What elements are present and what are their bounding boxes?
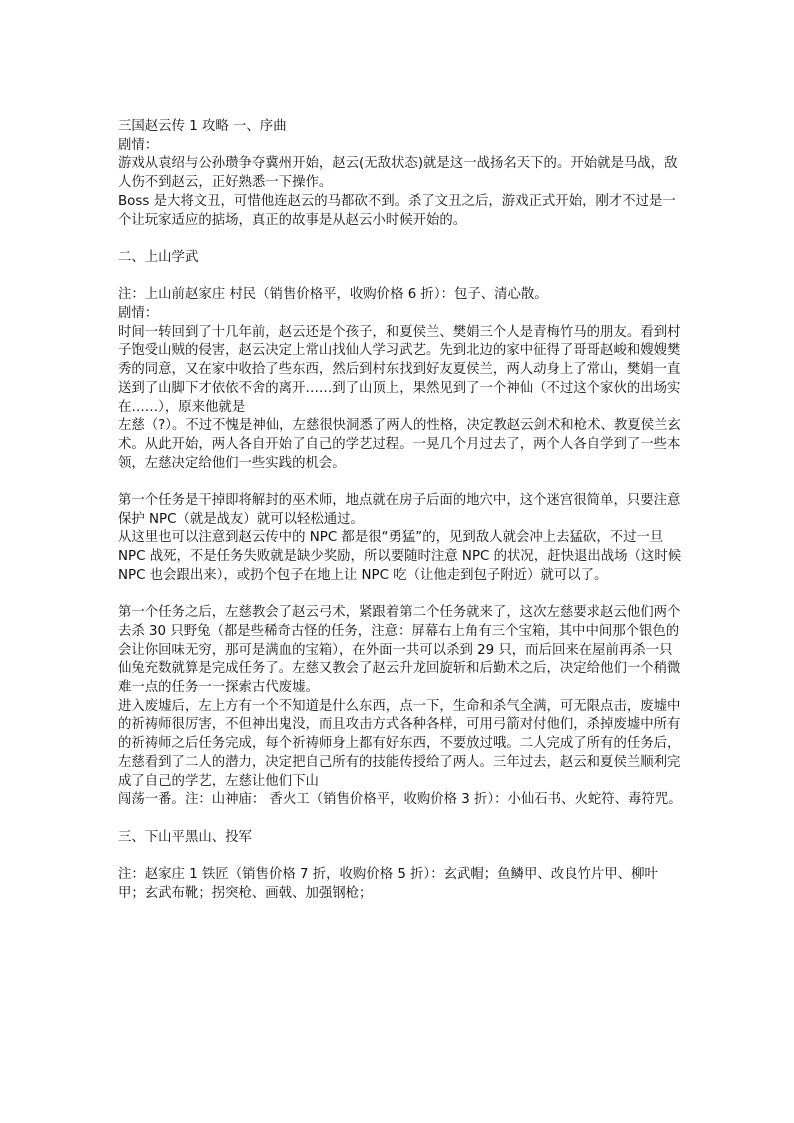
- spacer: [118, 230, 684, 249]
- spacer: [118, 586, 684, 605]
- paragraph: 剧情：: [118, 305, 684, 324]
- paragraph: 从这里也可以注意到赵云传中的 NPC 都是很“勇猛”的，见到敌人就会冲上去猛砍，…: [118, 529, 684, 585]
- spacer: [118, 268, 684, 287]
- spacer: [118, 473, 684, 492]
- note-paragraph: 注：上山前赵家庄 村民（销售价格平，收购价格 6 折）：包子、清心散。: [118, 286, 684, 305]
- document-title: 三国赵云传 1 攻略 一、序曲: [118, 118, 684, 137]
- paragraph: 进入废墟后，左上方有一个不知道是什么东西，点一下，生命和杀气全满，可无限点击，废…: [118, 698, 684, 792]
- paragraph: 第一个任务之后，左慈教会了赵云弓术，紧跟着第二个任务就来了，这次左慈要求赵云他们…: [118, 604, 684, 698]
- section-heading: 三、下山平黑山、投军: [118, 829, 684, 848]
- paragraph: 剧情：: [118, 137, 684, 156]
- paragraph: 左慈（?）。不过不愧是神仙，左慈很快洞悉了两人的性格，决定教赵云剑术和枪术、教夏…: [118, 417, 684, 473]
- paragraph: Boss 是大将文丑，可惜他连赵云的马都砍不到。杀了文丑之后，游戏正式开始，刚才…: [118, 193, 684, 230]
- paragraph: 时间一转回到了十几年前，赵云还是个孩子，和夏侯兰、樊娟三个人是青梅竹马的朋友。看…: [118, 324, 684, 418]
- paragraph: 闯荡一番。注：山神庙： 香火工（销售价格平，收购价格 3 折）：小仙石书、火蛇符…: [118, 791, 684, 810]
- spacer: [118, 847, 684, 866]
- note-paragraph: 注：赵家庄 1 铁匠（销售价格 7 折，收购价格 5 折）：玄武帽；鱼鳞甲、改良…: [118, 866, 684, 903]
- section-heading: 二、上山学武: [118, 249, 684, 268]
- paragraph: 游戏从袁绍与公孙瓒争夺冀州开始，赵云(无敌状态)就是这一战扬名天下的。开始就是马…: [118, 155, 684, 192]
- spacer: [118, 810, 684, 829]
- document-page: 三国赵云传 1 攻略 一、序曲 剧情： 游戏从袁绍与公孙瓒争夺冀州开始，赵云(无…: [118, 118, 684, 903]
- paragraph: 第一个任务是干掉即将解封的巫术师，地点就在房子后面的地穴中，这个迷宫很简单，只要…: [118, 492, 684, 529]
